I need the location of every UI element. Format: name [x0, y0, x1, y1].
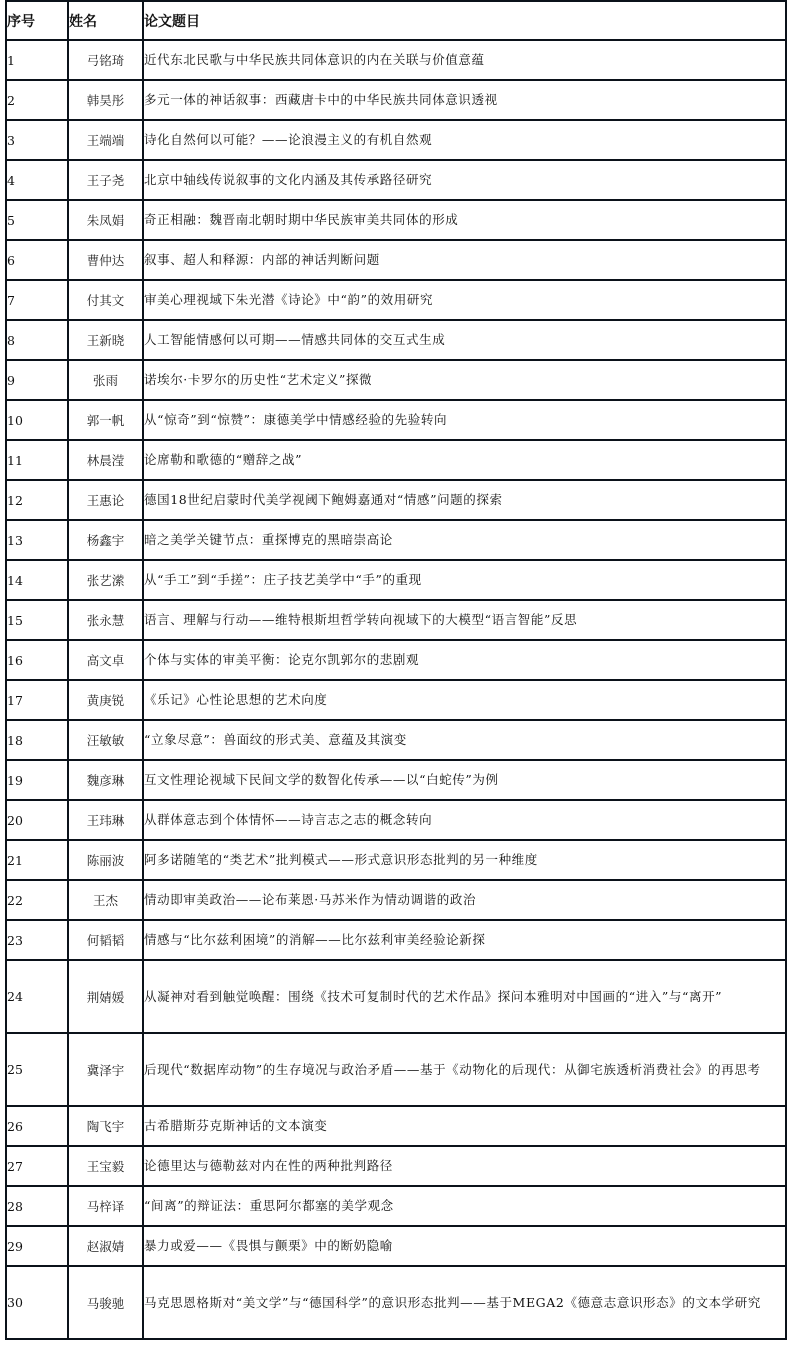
row-thesis-title: 叙事、超人和释源：内部的神话判断问题 — [143, 240, 786, 280]
row-thesis-title: 互文性理论视域下民间文学的数智化传承——以“白蛇传”为例 — [143, 760, 786, 800]
table-row: 23何韬韬情感与“比尔兹利困境”的消解——比尔兹利审美经验论新探 — [6, 920, 786, 960]
row-student-name: 赵淑婧 — [68, 1226, 143, 1266]
thesis-list-table: 序号 姓名 论文题目 1弓铭琦近代东北民歌与中华民族共同体意识的内在关联与价值意… — [5, 0, 787, 1340]
row-serial-number: 2 — [6, 80, 68, 120]
row-thesis-title: 诺埃尔·卡罗尔的历史性“艺术定义”探微 — [143, 360, 786, 400]
row-thesis-title: 论席勒和歌德的“赠辞之战” — [143, 440, 786, 480]
row-serial-number: 11 — [6, 440, 68, 480]
table-row: 30马骏驰马克思恩格斯对“美文学”与“德国科学”的意识形态批判——基于MEGA2… — [6, 1266, 786, 1339]
table-row: 22王杰情动即审美政治——论布莱恩·马苏米作为情动调谐的政治 — [6, 880, 786, 920]
row-serial-number: 26 — [6, 1106, 68, 1146]
row-thesis-title: 从凝神对看到触觉唤醒：围绕《技术可复制时代的艺术作品》探问本雅明对中国画的“进入… — [143, 960, 786, 1033]
row-serial-number: 28 — [6, 1186, 68, 1226]
row-student-name: 曹仲达 — [68, 240, 143, 280]
row-thesis-title: “间离”的辩证法：重思阿尔都塞的美学观念 — [143, 1186, 786, 1226]
table-row: 6曹仲达叙事、超人和释源：内部的神话判断问题 — [6, 240, 786, 280]
row-serial-number: 20 — [6, 800, 68, 840]
row-student-name: 王宝毅 — [68, 1146, 143, 1186]
row-thesis-title: 情动即审美政治——论布莱恩·马苏米作为情动调谐的政治 — [143, 880, 786, 920]
row-serial-number: 12 — [6, 480, 68, 520]
row-student-name: 王端端 — [68, 120, 143, 160]
table-row: 16高文卓个体与实体的审美平衡：论克尔凯郭尔的悲剧观 — [6, 640, 786, 680]
row-thesis-title: 德国18世纪启蒙时代美学视阈下鲍姆嘉通对“情感”问题的探索 — [143, 480, 786, 520]
row-thesis-title: 从“手工”到“手搓”：庄子技艺美学中“手”的重现 — [143, 560, 786, 600]
row-thesis-title: “立象尽意”：兽面纹的形式美、意蕴及其演变 — [143, 720, 786, 760]
table-row: 7付其文审美心理视域下朱光潜《诗论》中“韵”的效用研究 — [6, 280, 786, 320]
table-row: 17黄庚锐《乐记》心性论思想的艺术向度 — [6, 680, 786, 720]
table-row: 15张永慧语言、理解与行动——维特根斯坦哲学转向视域下的大模型“语言智能”反思 — [6, 600, 786, 640]
row-student-name: 付其文 — [68, 280, 143, 320]
header-thesis-title: 论文题目 — [143, 1, 786, 40]
row-serial-number: 5 — [6, 200, 68, 240]
row-thesis-title: 近代东北民歌与中华民族共同体意识的内在关联与价值意蕴 — [143, 40, 786, 80]
row-student-name: 汪敏敏 — [68, 720, 143, 760]
row-student-name: 弓铭琦 — [68, 40, 143, 80]
table-row: 1弓铭琦近代东北民歌与中华民族共同体意识的内在关联与价值意蕴 — [6, 40, 786, 80]
row-serial-number: 9 — [6, 360, 68, 400]
row-serial-number: 1 — [6, 40, 68, 80]
row-student-name: 杨鑫宇 — [68, 520, 143, 560]
row-serial-number: 27 — [6, 1146, 68, 1186]
row-student-name: 荆婧媛 — [68, 960, 143, 1033]
row-serial-number: 4 — [6, 160, 68, 200]
table-header-row: 序号 姓名 论文题目 — [6, 1, 786, 40]
row-student-name: 郭一帆 — [68, 400, 143, 440]
row-serial-number: 29 — [6, 1226, 68, 1266]
row-thesis-title: 从群体意志到个体情怀——诗言志之志的概念转向 — [143, 800, 786, 840]
row-thesis-title: 诗化自然何以可能？——论浪漫主义的有机自然观 — [143, 120, 786, 160]
table-row: 14张艺潆从“手工”到“手搓”：庄子技艺美学中“手”的重现 — [6, 560, 786, 600]
table-row: 27王宝毅论德里达与德勒兹对内在性的两种批判路径 — [6, 1146, 786, 1186]
row-thesis-title: 阿多诺随笔的“类艺术”批判模式——形式意识形态批判的另一种维度 — [143, 840, 786, 880]
row-student-name: 王新晓 — [68, 320, 143, 360]
row-thesis-title: 暗之美学关键节点：重探博克的黑暗崇高论 — [143, 520, 786, 560]
table-row: 29赵淑婧暴力或爱——《畏惧与颤栗》中的断奶隐喻 — [6, 1226, 786, 1266]
table-row: 26陶飞宇古希腊斯芬克斯神话的文本演变 — [6, 1106, 786, 1146]
row-serial-number: 16 — [6, 640, 68, 680]
row-student-name: 张雨 — [68, 360, 143, 400]
row-thesis-title: 审美心理视域下朱光潜《诗论》中“韵”的效用研究 — [143, 280, 786, 320]
row-serial-number: 17 — [6, 680, 68, 720]
row-thesis-title: 后现代“数据库动物”的生存境况与政治矛盾——基于《动物化的后现代：从御宅族透析消… — [143, 1033, 786, 1106]
table-row: 8王新晓人工智能情感何以可期——情感共同体的交互式生成 — [6, 320, 786, 360]
row-serial-number: 23 — [6, 920, 68, 960]
row-serial-number: 24 — [6, 960, 68, 1033]
row-serial-number: 21 — [6, 840, 68, 880]
table-row: 2韩昊彤多元一体的神话叙事：西藏唐卡中的中华民族共同体意识透视 — [6, 80, 786, 120]
table-row: 4王子尧北京中轴线传说叙事的文化内涵及其传承路径研究 — [6, 160, 786, 200]
row-student-name: 魏彦琳 — [68, 760, 143, 800]
row-serial-number: 3 — [6, 120, 68, 160]
row-serial-number: 22 — [6, 880, 68, 920]
row-student-name: 朱凤娟 — [68, 200, 143, 240]
row-student-name: 冀泽宇 — [68, 1033, 143, 1106]
row-serial-number: 18 — [6, 720, 68, 760]
table-row: 25冀泽宇后现代“数据库动物”的生存境况与政治矛盾——基于《动物化的后现代：从御… — [6, 1033, 786, 1106]
row-serial-number: 7 — [6, 280, 68, 320]
table-row: 13杨鑫宇暗之美学关键节点：重探博克的黑暗崇高论 — [6, 520, 786, 560]
row-student-name: 马骏驰 — [68, 1266, 143, 1339]
row-student-name: 林晨滢 — [68, 440, 143, 480]
row-student-name: 韩昊彤 — [68, 80, 143, 120]
row-thesis-title: 《乐记》心性论思想的艺术向度 — [143, 680, 786, 720]
row-serial-number: 6 — [6, 240, 68, 280]
table-row: 24荆婧媛从凝神对看到触觉唤醒：围绕《技术可复制时代的艺术作品》探问本雅明对中国… — [6, 960, 786, 1033]
row-serial-number: 25 — [6, 1033, 68, 1106]
table-row: 19魏彦琳互文性理论视域下民间文学的数智化传承——以“白蛇传”为例 — [6, 760, 786, 800]
table-row: 5朱凤娟奇正相融：魏晋南北朝时期中华民族审美共同体的形成 — [6, 200, 786, 240]
table-row: 18汪敏敏“立象尽意”：兽面纹的形式美、意蕴及其演变 — [6, 720, 786, 760]
table-row: 3王端端诗化自然何以可能？——论浪漫主义的有机自然观 — [6, 120, 786, 160]
row-serial-number: 14 — [6, 560, 68, 600]
row-thesis-title: 北京中轴线传说叙事的文化内涵及其传承路径研究 — [143, 160, 786, 200]
row-thesis-title: 暴力或爱——《畏惧与颤栗》中的断奶隐喻 — [143, 1226, 786, 1266]
row-student-name: 王子尧 — [68, 160, 143, 200]
header-serial-number: 序号 — [6, 1, 68, 40]
row-thesis-title: 从“惊奇”到“惊赞”：康德美学中情感经验的先验转向 — [143, 400, 786, 440]
row-student-name: 王惠论 — [68, 480, 143, 520]
row-serial-number: 30 — [6, 1266, 68, 1339]
row-serial-number: 19 — [6, 760, 68, 800]
row-student-name: 黄庚锐 — [68, 680, 143, 720]
row-thesis-title: 马克思恩格斯对“美文学”与“德国科学”的意识形态批判——基于MEGA2《德意志意… — [143, 1266, 786, 1339]
row-thesis-title: 多元一体的神话叙事：西藏唐卡中的中华民族共同体意识透视 — [143, 80, 786, 120]
row-student-name: 王杰 — [68, 880, 143, 920]
table-row: 9张雨诺埃尔·卡罗尔的历史性“艺术定义”探微 — [6, 360, 786, 400]
row-student-name: 高文卓 — [68, 640, 143, 680]
row-student-name: 张永慧 — [68, 600, 143, 640]
row-serial-number: 10 — [6, 400, 68, 440]
row-serial-number: 13 — [6, 520, 68, 560]
row-thesis-title: 人工智能情感何以可期——情感共同体的交互式生成 — [143, 320, 786, 360]
row-thesis-title: 论德里达与德勒兹对内在性的两种批判路径 — [143, 1146, 786, 1186]
table-row: 11林晨滢论席勒和歌德的“赠辞之战” — [6, 440, 786, 480]
table-row: 10郭一帆从“惊奇”到“惊赞”：康德美学中情感经验的先验转向 — [6, 400, 786, 440]
table-row: 21陈丽波阿多诺随笔的“类艺术”批判模式——形式意识形态批判的另一种维度 — [6, 840, 786, 880]
row-serial-number: 15 — [6, 600, 68, 640]
row-student-name: 陶飞宇 — [68, 1106, 143, 1146]
table-row: 12王惠论德国18世纪启蒙时代美学视阈下鲍姆嘉通对“情感”问题的探索 — [6, 480, 786, 520]
header-name: 姓名 — [68, 1, 143, 40]
row-thesis-title: 情感与“比尔兹利困境”的消解——比尔兹利审美经验论新探 — [143, 920, 786, 960]
table-row: 20王玮琳从群体意志到个体情怀——诗言志之志的概念转向 — [6, 800, 786, 840]
row-thesis-title: 个体与实体的审美平衡：论克尔凯郭尔的悲剧观 — [143, 640, 786, 680]
row-student-name: 张艺潆 — [68, 560, 143, 600]
row-student-name: 马梓译 — [68, 1186, 143, 1226]
row-thesis-title: 奇正相融：魏晋南北朝时期中华民族审美共同体的形成 — [143, 200, 786, 240]
row-student-name: 王玮琳 — [68, 800, 143, 840]
row-student-name: 陈丽波 — [68, 840, 143, 880]
row-student-name: 何韬韬 — [68, 920, 143, 960]
row-thesis-title: 古希腊斯芬克斯神话的文本演变 — [143, 1106, 786, 1146]
row-thesis-title: 语言、理解与行动——维特根斯坦哲学转向视域下的大模型“语言智能”反思 — [143, 600, 786, 640]
row-serial-number: 8 — [6, 320, 68, 360]
table-row: 28马梓译“间离”的辩证法：重思阿尔都塞的美学观念 — [6, 1186, 786, 1226]
